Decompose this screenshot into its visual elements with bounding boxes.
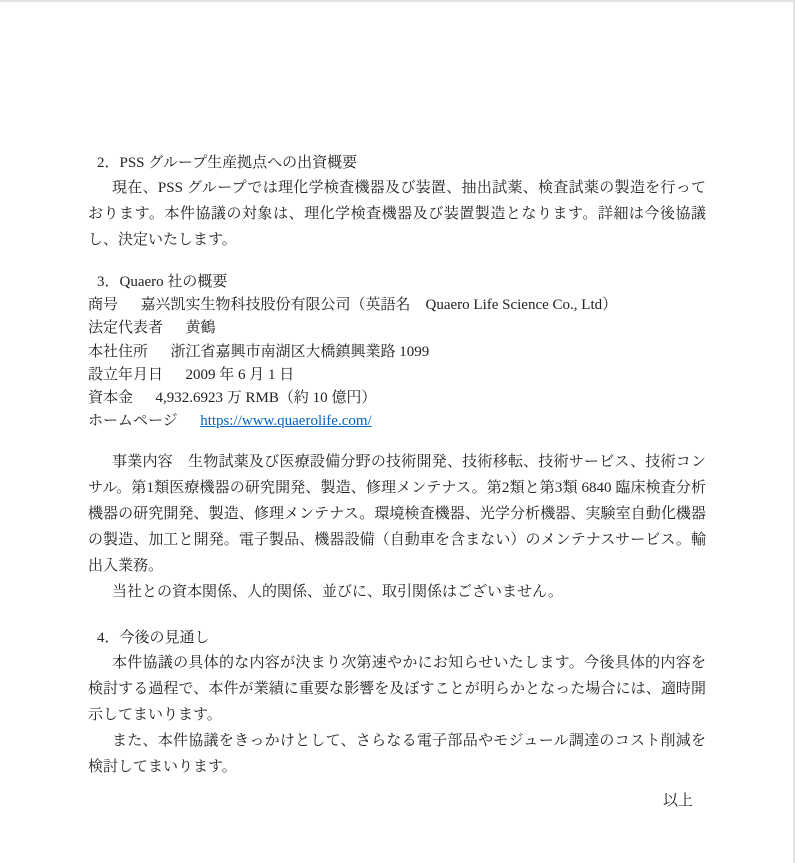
- profile-row-head-office: 本社住所浙江省嘉興市南湖区大橋鎮興業路 1099: [88, 341, 706, 364]
- field-value: 4,932.6923 万 RMB（約 10 億円）: [156, 390, 377, 406]
- field-label: 設立年月日: [88, 367, 163, 383]
- paragraph-relationship-note: 当社との資本関係、人的関係、並びに、取引関係はございません。: [88, 579, 706, 605]
- section-heading-quaero-profile: 3．Quaero 社の概要: [88, 271, 706, 294]
- company-profile-list: 商号嘉兴凯实生物科技股份有限公司（英語名 Quaero Life Science…: [88, 294, 706, 434]
- closing-mark: 以上: [88, 788, 706, 814]
- profile-row-website: ホームページhttps://www.quaerolife.com/: [88, 410, 706, 433]
- section-heading-investment-overview: 2．PSS グループ生産拠点への出資概要: [88, 152, 706, 175]
- field-label: 本社住所: [88, 344, 148, 360]
- section-outlook: 4．今後の見通し 本件協議の具体的な内容が決まり次第速やかにお知らせいたします。…: [88, 627, 706, 780]
- profile-row-capital: 資本金4,932.6923 万 RMB（約 10 億円）: [88, 387, 706, 410]
- homepage-link[interactable]: https://www.quaerolife.com/: [200, 413, 372, 429]
- section-investment-overview: 2．PSS グループ生産拠点への出資概要 現在、PSS グループでは理化学検査機…: [88, 152, 706, 253]
- profile-row-established: 設立年月日2009 年 6 月 1 日: [88, 364, 706, 387]
- paragraph-business-description: 事業内容 生物試薬及び医療設備分野の技術開発、技術移転、技術サービス、技術コンサ…: [88, 449, 706, 579]
- field-value: 黄鶴: [186, 320, 216, 336]
- field-value: 浙江省嘉興市南湖区大橋鎮興業路 1099: [171, 344, 430, 360]
- paragraph-investment-overview: 現在、PSS グループでは理化学検査機器及び装置、抽出試薬、検査試薬の製造を行っ…: [88, 175, 706, 253]
- paragraph-outlook-1: 本件協議の具体的な内容が決まり次第速やかにお知らせいたします。今後具体的内容を検…: [88, 650, 706, 728]
- field-label: 資本金: [88, 390, 133, 406]
- field-value: 2009 年 6 月 1 日: [186, 367, 295, 383]
- section-quaero-profile: 3．Quaero 社の概要 商号嘉兴凯实生物科技股份有限公司（英語名 Quaer…: [88, 271, 706, 605]
- field-value: 嘉兴凯实生物科技股份有限公司（英語名 Quaero Life Science C…: [141, 297, 618, 313]
- section-heading-outlook: 4．今後の見通し: [88, 627, 706, 650]
- paragraph-outlook-2: また、本件協議をきっかけとして、さらなる電子部品やモジュール調達のコスト削減を検…: [88, 728, 706, 780]
- field-label: 商号: [88, 297, 118, 313]
- document-page: 2．PSS グループ生産拠点への出資概要 現在、PSS グループでは理化学検査機…: [0, 0, 795, 863]
- profile-row-representative: 法定代表者黄鶴: [88, 317, 706, 340]
- field-label: ホームページ: [88, 413, 178, 429]
- profile-row-trade-name: 商号嘉兴凯实生物科技股份有限公司（英語名 Quaero Life Science…: [88, 294, 706, 317]
- field-label: 法定代表者: [88, 320, 163, 336]
